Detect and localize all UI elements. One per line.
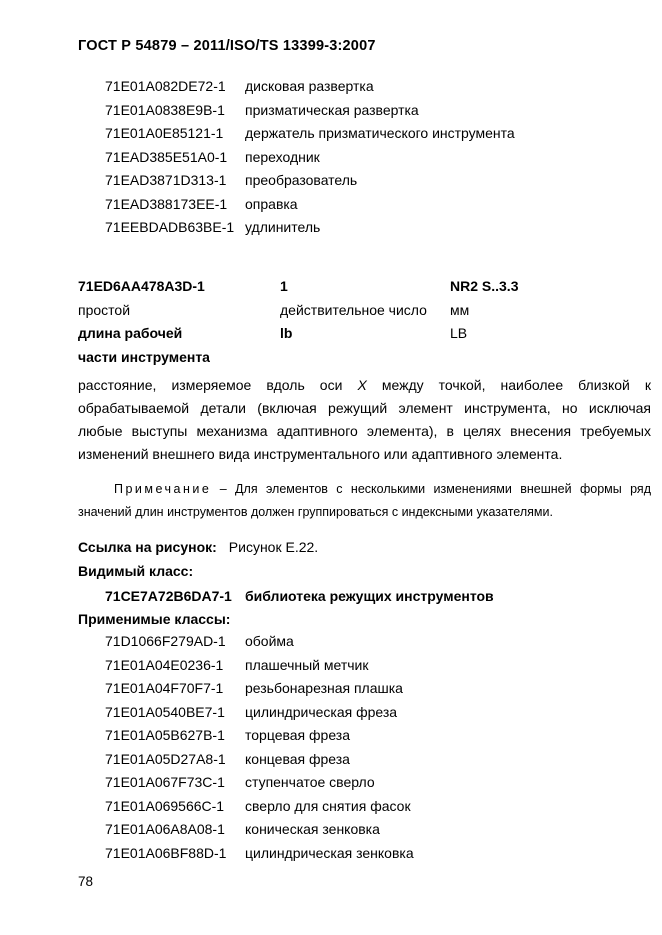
definition-line: расстояние, измеряемое вдоль оси X между…	[78, 374, 651, 397]
definition-line: любые выступы механизма адаптивного элем…	[78, 420, 651, 443]
class-desc: дисковая развертка	[245, 78, 374, 94]
class-desc: торцевая фреза	[245, 727, 350, 743]
attribute-code-letters: LB	[450, 322, 651, 346]
class-code: 71D1066F279AD-1	[105, 630, 245, 654]
note-line: Примечание – Для элементов с несколькими…	[78, 478, 651, 501]
applicable-code-list: 71D1066F279AD-1обойма 71E01A04E0236-1пла…	[78, 630, 651, 865]
class-code: 71E01A04F70F7-1	[105, 677, 245, 701]
attribute-kind: простой	[78, 299, 280, 323]
class-desc: концевая фреза	[245, 751, 350, 767]
top-code-list: 71E01A082DE72-1дисковая развертка 71E01A…	[78, 75, 651, 240]
class-code: 71CE7A72B6DA7-1	[105, 584, 245, 608]
document-page: ГОСТ Р 54879 – 2011/ISO/TS 13399-3:2007 …	[0, 0, 662, 935]
attribute-format: NR2 S..3.3	[450, 275, 651, 299]
class-desc: преобразователь	[245, 172, 357, 188]
class-code: 71E01A067F73C-1	[105, 771, 245, 795]
table-row: 71E01A06BF88D-1цилиндрическая зенковка	[78, 842, 651, 866]
applicable-classes-label: Применимые классы:	[78, 607, 230, 631]
class-desc: резьбонарезная плашка	[245, 680, 403, 696]
class-desc: обойма	[245, 633, 294, 649]
table-row: 71E01A05B627B-1торцевая фреза	[78, 724, 651, 748]
attribute-id: 71ED6AA478A3D-1	[78, 275, 280, 299]
definition-line: изменений внешнего вида инструментальног…	[78, 443, 651, 466]
attribute-table: 71ED6AA478A3D-1 1 NR2 S..3.3 простой дей…	[78, 275, 651, 369]
figure-reference-value: Рисунок Е.22.	[229, 539, 318, 555]
table-row: 71E01A069566C-1сверло для снятия фасок	[78, 795, 651, 819]
class-desc: оправка	[245, 196, 298, 212]
class-code: 71E01A04E0236-1	[105, 654, 245, 678]
table-row: 71EEBDADB63BE-1удлинитель	[78, 216, 651, 240]
attribute-unit: мм	[450, 299, 651, 323]
definition-line: обрабатываемой детали (включая режущий э…	[78, 397, 651, 420]
class-code: 71EAD385E51A0-1	[105, 146, 245, 170]
class-desc: сверло для снятия фасок	[245, 798, 411, 814]
figure-reference: Ссылка на рисунок:Рисунок Е.22.	[78, 535, 651, 559]
note-line: значений длин инструментов должен группи…	[78, 501, 651, 524]
class-desc: держатель призматического инструмента	[245, 125, 515, 141]
table-row: 71E01A0838E9B-1призматическая развертка	[78, 99, 651, 123]
table-row: 71D1066F279AD-1обойма	[78, 630, 651, 654]
page-number: 78	[78, 872, 93, 892]
attribute-name-line1: длина рабочей	[78, 322, 280, 346]
table-row: 71E01A0540BE7-1цилиндрическая фреза	[78, 701, 651, 725]
class-desc: цилиндрическая зенковка	[245, 845, 414, 861]
definition-paragraph: расстояние, измеряемое вдоль оси X между…	[78, 374, 651, 466]
attribute-name-line2: части инструмента	[78, 346, 280, 370]
class-desc: призматическая развертка	[245, 102, 419, 118]
table-row: 71EAD388173EE-1оправка	[78, 193, 651, 217]
table-row: 71E01A04F70F7-1резьбонарезная плашка	[78, 677, 651, 701]
class-desc: цилиндрическая фреза	[245, 704, 397, 720]
attribute-symbol: lb	[280, 322, 450, 346]
figure-reference-label: Ссылка на рисунок:	[78, 539, 217, 555]
class-desc: ступенчатое сверло	[245, 774, 375, 790]
note-label: Примечание	[114, 482, 211, 496]
class-code: 71E01A0E85121-1	[105, 122, 245, 146]
class-code: 71E01A0540BE7-1	[105, 701, 245, 725]
note-paragraph: Примечание – Для элементов с несколькими…	[78, 478, 651, 524]
class-code: 71EAD3871D313-1	[105, 169, 245, 193]
table-row: 71EAD3871D313-1преобразователь	[78, 169, 651, 193]
visible-class-label: Видимый класс:	[78, 559, 193, 583]
class-desc: плашечный метчик	[245, 657, 368, 673]
table-row: 71E01A05D27A8-1концевая фреза	[78, 748, 651, 772]
visible-class-row: 71CE7A72B6DA7-1библиотека режущих инстру…	[78, 584, 662, 608]
table-row: 71E01A067F73C-1ступенчатое сверло	[78, 771, 651, 795]
table-row: 71E01A06A8A08-1коническая зенковка	[78, 818, 651, 842]
class-desc: библиотека режущих инструментов	[245, 588, 494, 604]
class-desc: переходник	[245, 149, 320, 165]
class-code: 71E01A06BF88D-1	[105, 842, 245, 866]
table-row: 71E01A082DE72-1дисковая развертка	[78, 75, 651, 99]
table-row: 71EAD385E51A0-1переходник	[78, 146, 651, 170]
class-code: 71E01A05B627B-1	[105, 724, 245, 748]
class-code: 71E01A069566C-1	[105, 795, 245, 819]
class-desc: удлинитель	[245, 219, 320, 235]
table-row: 71E01A04E0236-1плашечный метчик	[78, 654, 651, 678]
class-code: 71EEBDADB63BE-1	[105, 216, 245, 240]
attribute-datatype: действительное число	[280, 299, 450, 323]
class-code: 71E01A0838E9B-1	[105, 99, 245, 123]
class-code: 71EAD388173EE-1	[105, 193, 245, 217]
class-code: 71E01A06A8A08-1	[105, 818, 245, 842]
document-header: ГОСТ Р 54879 – 2011/ISO/TS 13399-3:2007	[78, 36, 651, 56]
axis-x-symbol: X	[357, 377, 366, 393]
class-code: 71E01A05D27A8-1	[105, 748, 245, 772]
class-desc: коническая зенковка	[245, 821, 380, 837]
class-code: 71E01A082DE72-1	[105, 75, 245, 99]
attribute-version: 1	[280, 275, 450, 299]
table-row: 71E01A0E85121-1держатель призматического…	[78, 122, 651, 146]
